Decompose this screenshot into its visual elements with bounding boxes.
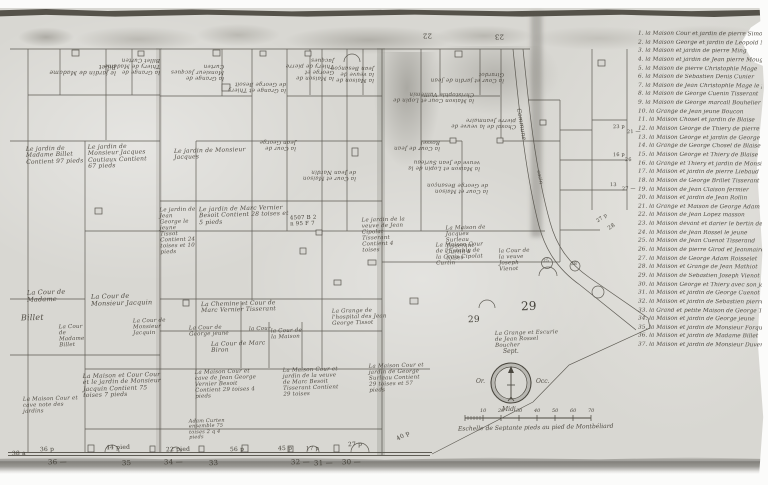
legend-entry: 15. la Maison George et Thiery de Blaise xyxy=(638,152,762,162)
edge-number: 26 xyxy=(625,158,639,164)
measure-label: 17 p xyxy=(306,447,324,453)
plot-label: la Cour de Jean George xyxy=(250,138,296,150)
plot-label: La Grange et Escurie de Jean Rossel Bouc… xyxy=(495,330,565,350)
compass-rose xyxy=(491,363,531,403)
plot-label: Adam Curten ensemble 75 toises 2 q 4 pie… xyxy=(189,418,236,441)
scale-tick-label: 30 xyxy=(516,408,522,414)
compass-north-label: Sept. xyxy=(503,348,519,355)
plot-label: la Cour et Maison de Jean Nardin xyxy=(298,168,356,180)
legend-entry: 37. la Maison et jardin de Monsieur Duve… xyxy=(638,342,762,352)
street-number: 38 a xyxy=(12,451,32,458)
plot-label: la Grange de Thiery de Madame Billet Cur… xyxy=(104,56,160,74)
plot-label: la Cour de la veuve Joseph Vienot xyxy=(499,249,538,274)
street-number: 32 — xyxy=(291,459,315,467)
plot-label: La Cour de Madame Billet xyxy=(59,325,90,350)
edge-number: 23 xyxy=(490,32,504,40)
plot-label: Le jardin de Monsieur Jacques xyxy=(174,147,246,162)
edge-number: 27 — xyxy=(622,187,638,193)
parcel-number: 29 xyxy=(468,316,484,326)
measure-block: 4507 B 2 n 95 F 7 xyxy=(290,216,322,229)
plot-label: La Cour de George jeune xyxy=(189,325,233,338)
measure-label: 45 p xyxy=(278,446,298,453)
measure-label: 27 p xyxy=(348,442,368,449)
plot-label: la Cour et jardin de Jean Girardot xyxy=(430,70,504,83)
measure-label: 22 pied xyxy=(166,447,194,454)
plot-label: la Maison Cour et Lopin de Christophle V… xyxy=(386,90,474,103)
plot-label: La Maison Cour et cave de Jean George Ve… xyxy=(195,369,260,400)
legend-entry: 1. la Maison Cour et jardin de pierre Si… xyxy=(638,31,762,41)
legend-entry: 12. la Maison George de Thiery de pierre xyxy=(638,126,762,136)
parcel-number: 29 xyxy=(521,300,541,313)
plot-label: la Cour xyxy=(249,327,273,334)
plot-label: la Cour de la Maison xyxy=(271,329,303,342)
legend-list: 1. la Maison Cour et jardin de pierre Si… xyxy=(638,31,762,351)
scale-bar xyxy=(465,415,591,421)
legend-entry: 29. la Maison de Sebastien Joseph Vienot xyxy=(638,273,762,283)
plot-label: La Cour de Monsieur Jacquin xyxy=(91,292,153,308)
scale-tick-label: 10 xyxy=(480,408,486,414)
plot-label: Le jardin de Monsieur Jacques Coutiaux C… xyxy=(88,143,157,171)
plot-label: Le jardin de la veuve de Jean Cipolat Ti… xyxy=(362,217,407,254)
plot-label: Le jardin de Madame Billet Contient 97 p… xyxy=(26,145,90,166)
plot-label: la Cour et Maison de George Besançon xyxy=(426,181,488,193)
plot-label: la Cour de Jean Rossel xyxy=(386,138,440,150)
plot-label: la Grange et Thiery de George Besoit xyxy=(226,80,286,92)
edge-number: 22 xyxy=(418,31,432,39)
plot-label: la Maison de George et Thiery de pierre … xyxy=(284,56,334,80)
plot-label: La Maison Cour de l'Estably de la Croix … xyxy=(436,242,487,267)
plot-label: La Maison Cour et cave note des jardins xyxy=(23,396,83,415)
compass-east-label: Occ. xyxy=(536,378,550,385)
legend-entry: 26. la Maison de pierre Girod et Jeanmai… xyxy=(638,247,762,257)
scale-tick-label: 70 xyxy=(588,408,594,414)
plot-label: Le jardin de Jean George le jeune Tissot… xyxy=(159,208,196,256)
circle-number: 25 xyxy=(543,260,553,265)
plot-label: La Maison Cour et jardin de la veuve de … xyxy=(283,367,344,398)
scale-tick-label: 40 xyxy=(534,408,540,414)
street-number: 34 — xyxy=(164,459,188,467)
plot-label: La Maison Cour et jardin de George Surle… xyxy=(369,363,430,394)
plot-label: la Maison de la veuve de Jean Besançon xyxy=(330,64,374,82)
plot-label: la Maison et Lopin de la veuve de Jean S… xyxy=(396,158,480,171)
measure-label: 44 pied xyxy=(106,445,134,452)
street-number: 30 — xyxy=(342,459,366,467)
plot-label: La Cour de Monsieur Jacquin xyxy=(133,319,167,338)
north-arrow-icon xyxy=(507,366,515,401)
plot-label: Billet xyxy=(21,314,53,323)
scanned-map-sheet: le jardin de Madame Billet la Grange de … xyxy=(0,0,768,485)
street-number: 35 xyxy=(122,460,138,468)
legend-entry: 32. la Maison et jardin de Sebastien pie… xyxy=(638,298,762,308)
plot-label: La Chemine et Cour de Marc Vernier Tisse… xyxy=(201,300,291,315)
legend-entry: 4. la Maison et jardin de Jean pierre Mo… xyxy=(638,56,762,66)
measure-label: 56 p xyxy=(230,447,250,454)
scale-tick-label: 20 xyxy=(498,408,504,414)
circle-number: 28 xyxy=(571,263,581,268)
plot-label: La Grange de l'hospital des Jean George … xyxy=(332,308,392,327)
plot-label: Chosal de la veuve de pierre Jeanmaire xyxy=(436,116,516,129)
street-number: 33 xyxy=(209,460,225,468)
plot-label: Le jardin de Marc Vernier Besoit Contien… xyxy=(199,205,293,227)
street-number: 36 — xyxy=(48,459,72,467)
compass-west-label: Or. xyxy=(476,378,485,385)
plot-label: La Cour de Madame xyxy=(27,288,81,303)
measure-label: 36 p xyxy=(40,447,60,454)
plot-label: la Grange de Monsieur Jacques Curten xyxy=(166,62,224,80)
street-number: 31 — xyxy=(314,460,338,468)
scale-tick-label: 50 xyxy=(552,408,558,414)
legend-entry: 18. la Maison de George Brillet Tisseran… xyxy=(638,177,762,187)
plot-label: La Maison et Cour Cour et le jardin de M… xyxy=(83,372,164,400)
plot-label: La Cour de Marc Biron xyxy=(211,340,275,355)
scale-tick-label: 60 xyxy=(570,408,576,414)
